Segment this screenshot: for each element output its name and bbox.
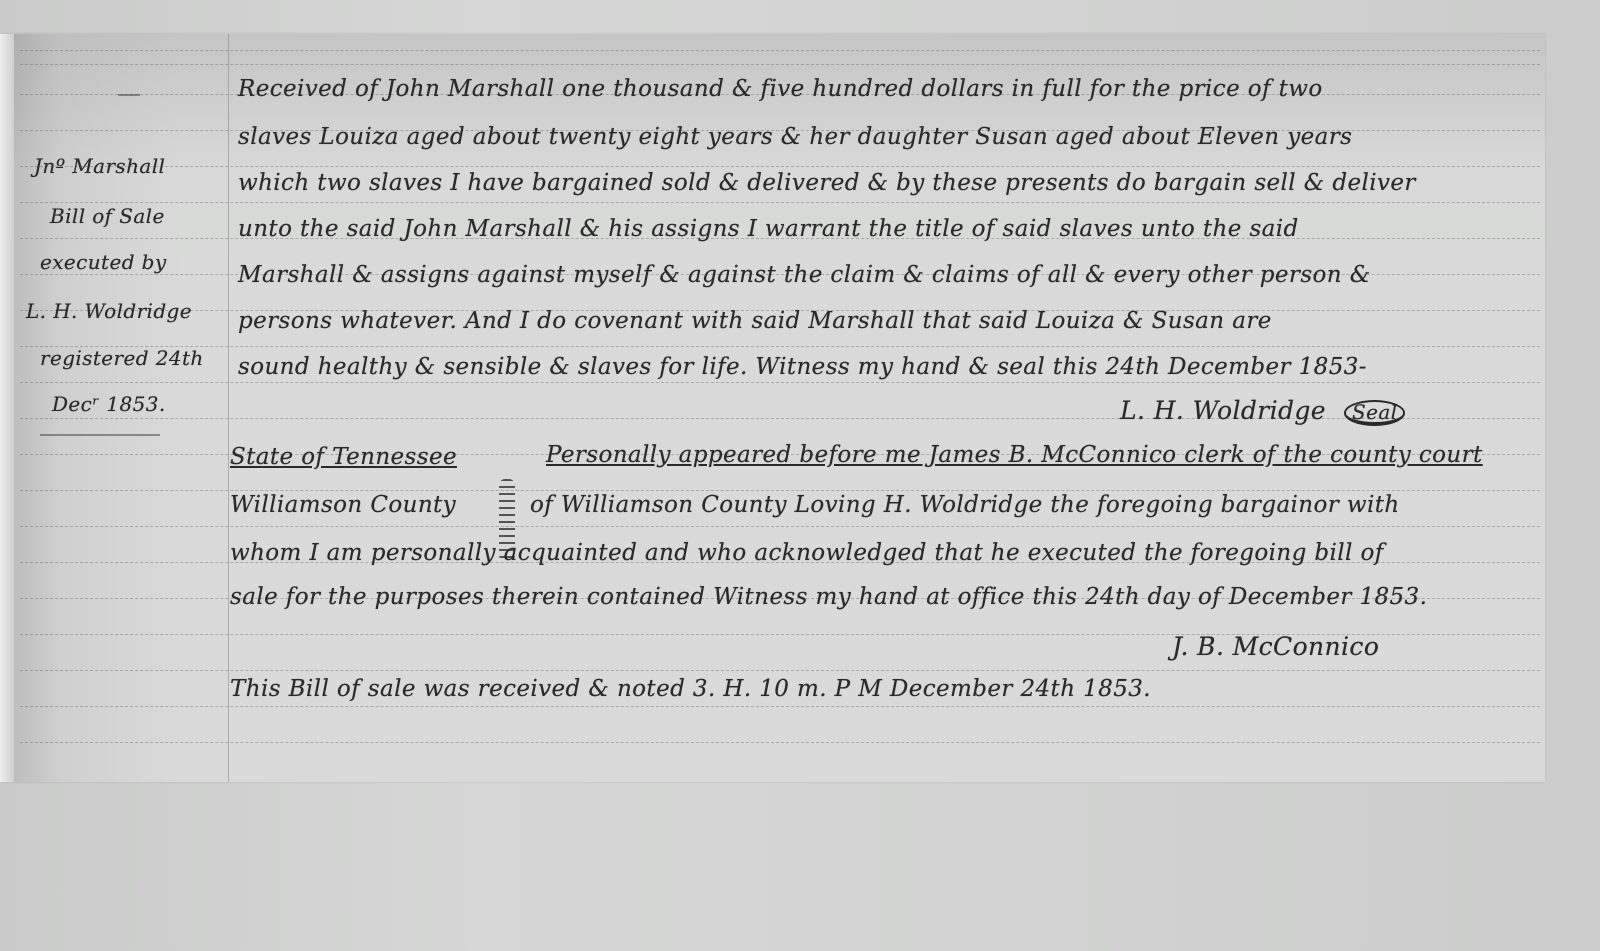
margin-note-line: L. H. Woldridge bbox=[26, 301, 192, 321]
ack-line: sale for the purposes therein contained … bbox=[230, 586, 1427, 609]
bill-line: sound healthy & sensible & slaves for li… bbox=[238, 356, 1367, 379]
margin-note-line: Decʳ 1853. bbox=[52, 394, 166, 414]
margin-note-line: executed by bbox=[40, 252, 167, 272]
bill-line: unto the said John Marshall & his assign… bbox=[238, 218, 1299, 241]
page-edge bbox=[0, 34, 14, 782]
ack-line: of Williamson County Loving H. Woldridge… bbox=[530, 494, 1400, 517]
ruled-line bbox=[20, 526, 1540, 527]
venue-county: Williamson County bbox=[230, 494, 456, 517]
seller-signature-block: L. H. WoldridgeSeal bbox=[1120, 398, 1405, 426]
seller-signature: L. H. Woldridge bbox=[1120, 396, 1326, 425]
bill-line: Received of John Marshall one thousand &… bbox=[238, 78, 1323, 101]
ledger-page: Jnº Marshall Bill of Sale executed by L.… bbox=[0, 34, 1545, 782]
ruled-line bbox=[20, 64, 1540, 65]
bill-line: slaves Louiza aged about twenty eight ye… bbox=[238, 126, 1352, 149]
margin-note-line: Jnº Marshall bbox=[34, 156, 165, 176]
clerk-signature: J. B. McConnico bbox=[1172, 634, 1379, 659]
ack-line: whom I am personally acquainted and who … bbox=[230, 542, 1384, 565]
ack-line: Personally appeared before me James B. M… bbox=[546, 444, 1483, 467]
margin-note-line: registered 24th bbox=[40, 348, 204, 368]
margin-mark bbox=[118, 94, 140, 96]
margin-separator bbox=[40, 434, 160, 436]
ruled-line bbox=[20, 670, 1540, 671]
ruled-line bbox=[20, 382, 1540, 383]
seal-mark: Seal bbox=[1344, 400, 1405, 426]
ruled-line bbox=[20, 202, 1540, 203]
bill-line: which two slaves I have bargained sold &… bbox=[238, 172, 1416, 195]
bill-line: persons whatever. And I do covenant with… bbox=[238, 310, 1272, 333]
bill-line: Marshall & assigns against myself & agai… bbox=[238, 264, 1371, 287]
ruled-line bbox=[20, 706, 1540, 707]
ruled-line bbox=[20, 490, 1540, 491]
ruled-line bbox=[20, 50, 1540, 51]
margin-note-line: Bill of Sale bbox=[50, 206, 165, 226]
registration-note: This Bill of sale was received & noted 3… bbox=[230, 678, 1151, 701]
ruled-line bbox=[20, 346, 1540, 347]
ruled-line bbox=[20, 742, 1540, 743]
ruled-line bbox=[20, 166, 1540, 167]
venue-state: State of Tennessee bbox=[230, 446, 457, 469]
